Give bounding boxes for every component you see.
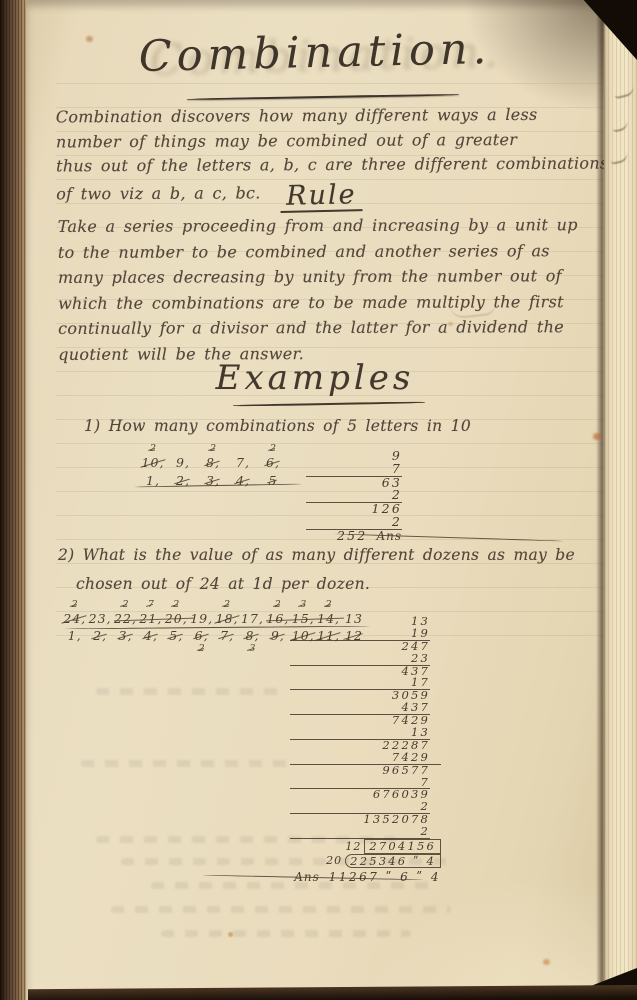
division-row: 12 2704156 bbox=[290, 839, 441, 854]
denominator-term: 2, bbox=[176, 473, 190, 488]
work-step: 7429 bbox=[290, 715, 430, 727]
example1-multiplication-column: 9 7 63 2 126 2 252 Ans bbox=[306, 450, 402, 543]
denominator-row: 1, 2, 3, 4, 5 bbox=[138, 473, 308, 488]
quotient-box: 225346 ʺ 4 bbox=[345, 854, 441, 869]
denominator-term: 1, bbox=[138, 473, 168, 488]
foxing-spot bbox=[228, 932, 233, 937]
manuscript-photograph: Combination. Combination discovers how m… bbox=[0, 0, 637, 1000]
numerator-term: 10, bbox=[142, 455, 165, 470]
rule-line: many places decreasing by unity from the… bbox=[58, 263, 592, 290]
numerator-term: 6, bbox=[266, 455, 280, 470]
rule-paragraph: Take a series proceeding from and increa… bbox=[58, 212, 593, 367]
bleed-through-row bbox=[81, 760, 296, 767]
page-gutter-shadow bbox=[596, 0, 606, 1000]
intro-paragraph: Combination discovers how many different… bbox=[56, 103, 591, 207]
answer-row: 252 Ans bbox=[306, 530, 402, 543]
rule-line: Take a series proceeding from and increa… bbox=[58, 212, 592, 239]
work-step: 437 bbox=[290, 666, 430, 678]
example2-question: chosen out of 24 at 1d per dozen. bbox=[76, 575, 370, 593]
cancel-top-row: 2 2 7 2 2 2 3 2 bbox=[62, 599, 372, 611]
example1-cancellation-fraction: 2 2 2 10, 9, 8, 7, 6, 1, 2, 3, 4, 5 bbox=[138, 443, 308, 488]
intro-line: thus out of the letters a, b, c are thre… bbox=[56, 152, 590, 179]
example2-question: 2) What is the value of as many differen… bbox=[58, 546, 575, 564]
rule-line: continually for a divisor and the latter… bbox=[58, 314, 592, 341]
division-row: 20 225346 ʺ 4 bbox=[290, 854, 441, 869]
foxing-spot bbox=[86, 36, 93, 42]
cancel-digit: 2 bbox=[210, 443, 216, 455]
work-step: 96577 bbox=[290, 765, 430, 777]
intro-line: Combination discovers how many different… bbox=[56, 103, 590, 130]
foxing-spot bbox=[448, 322, 453, 326]
bleed-through-row bbox=[96, 688, 286, 695]
foxing-spot bbox=[543, 959, 550, 965]
intro-line: of two viz a b, a c, bc. bbox=[56, 181, 261, 207]
adjacent-page-edge bbox=[604, 0, 637, 1000]
cancel-digit: 2 bbox=[150, 443, 156, 455]
cancel-digit: 2 bbox=[270, 443, 276, 455]
work-step: 126 bbox=[306, 503, 402, 516]
foxing-spot bbox=[593, 433, 601, 440]
example1-question: 1) How many combinations of 5 letters in… bbox=[84, 417, 471, 435]
work-step: 2 bbox=[290, 826, 430, 839]
work-step: 676039 bbox=[290, 789, 430, 801]
numerator-row: 10, 9, 8, 7, 6, bbox=[138, 455, 308, 470]
work-step: 13 bbox=[290, 616, 430, 628]
divisor: 12 bbox=[345, 840, 361, 853]
work-step: 247 bbox=[290, 641, 430, 653]
denominator-term: 3, bbox=[206, 473, 220, 488]
denominator-term: 5 bbox=[269, 473, 278, 488]
rule-heading: Rule bbox=[280, 183, 363, 212]
answer-value: 252 bbox=[337, 530, 367, 543]
example2-multiplication-column: 13 19 247 23 437 17 3059 437 7429 13 222… bbox=[290, 616, 441, 884]
work-step: 63 bbox=[306, 477, 402, 490]
numerator-term: 8, bbox=[206, 455, 220, 470]
work-step: 9 bbox=[306, 450, 402, 463]
cancel-top-row: 2 2 2 bbox=[138, 443, 308, 455]
work-step: 1352078 bbox=[290, 814, 430, 826]
bleed-through-row bbox=[161, 930, 411, 937]
denominator-term: 4, bbox=[236, 473, 250, 488]
quotient-box: 2704156 bbox=[364, 839, 441, 854]
examples-heading: Examples bbox=[30, 358, 600, 398]
bleed-through-row bbox=[111, 906, 451, 913]
numerator-term: 9, bbox=[168, 455, 198, 470]
divisor: 20 bbox=[326, 854, 342, 867]
rule-line: to the number to be combined and another… bbox=[58, 238, 592, 265]
book-binding-spine bbox=[0, 0, 26, 1000]
numerator-term: 7, bbox=[228, 455, 258, 470]
intro-line: number of things may be combined out of … bbox=[56, 127, 590, 154]
rule-line: which the combinations are to be made mu… bbox=[58, 289, 592, 316]
